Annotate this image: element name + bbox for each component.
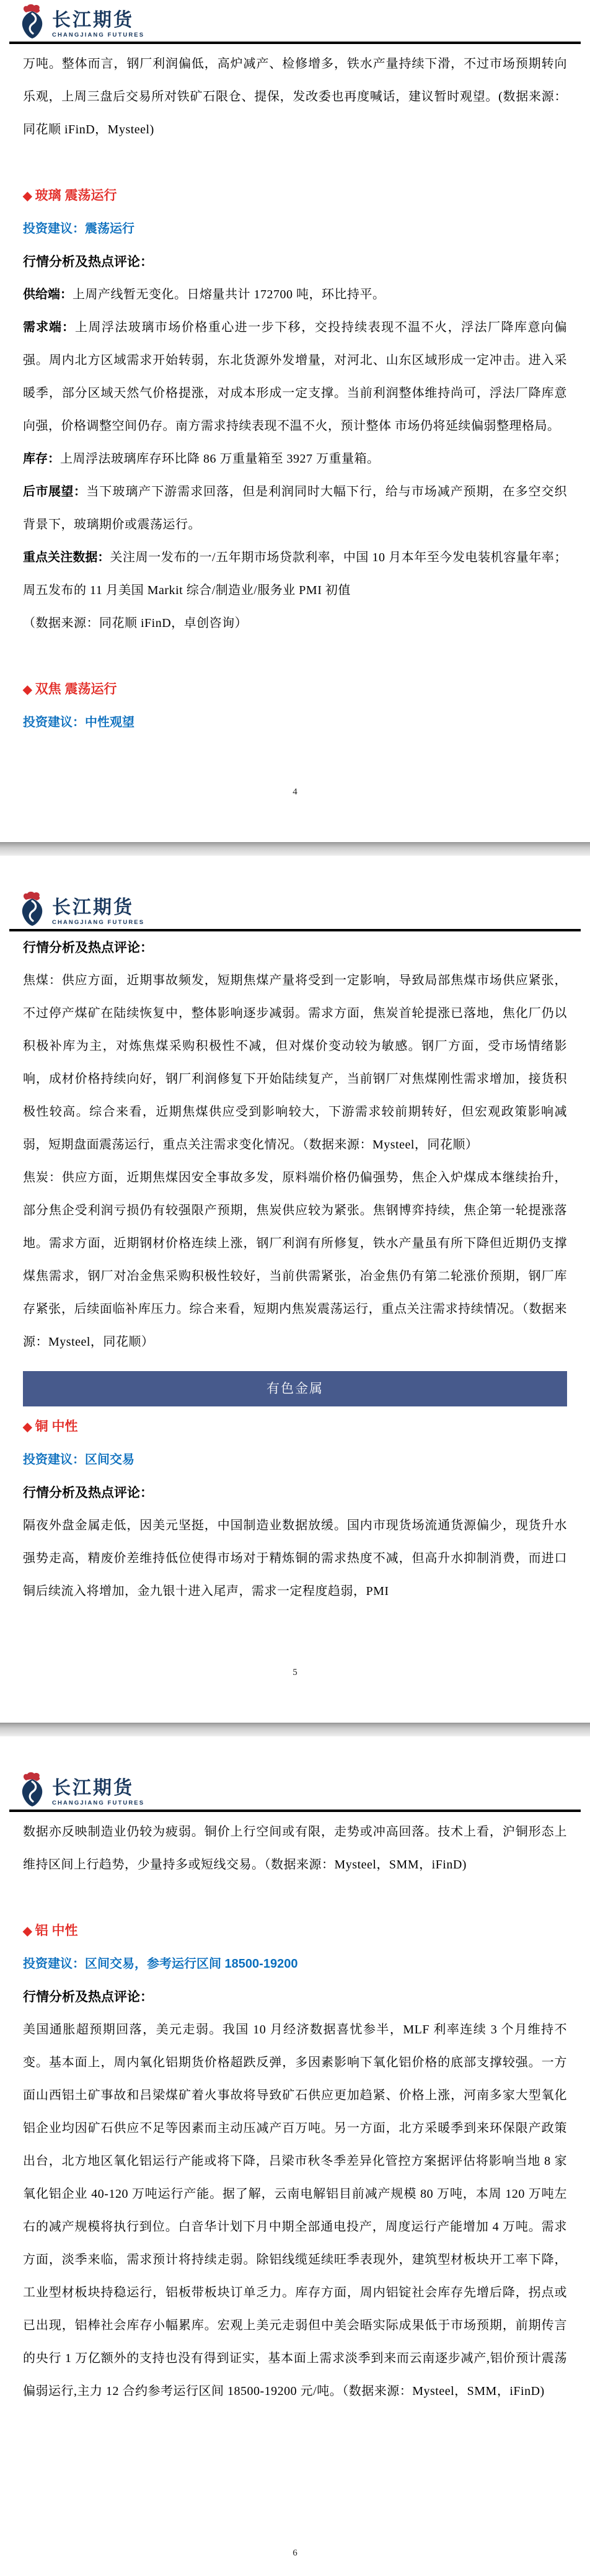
glass-focus-paragraph: 重点关注数据：关注周一发布的一/五年期市场贷款利率，中国 10 月本年至今发电装… [23,541,567,607]
aluminum-investment-advice: 投资建议：区间交易，参考运行区间 18500-19200 [23,1948,567,1981]
double-coke-section-heading: ◆双焦 震荡运行 [23,673,567,706]
glass-section-heading: ◆玻璃 震荡运行 [23,179,567,213]
brand-emblem-icon [18,4,46,40]
copper-analysis-heading: 行情分析及热点评论： [23,1477,567,1509]
aluminum-section-heading: ◆铝 中性 [23,1914,567,1948]
glass-heading-label: 玻璃 震荡运行 [35,189,117,203]
brand-logotype: 长江期货 CHANGJIANG FUTURES [52,11,144,40]
aluminum-analysis-heading: 行情分析及热点评论： [23,1981,567,2014]
copper-continued-paragraph: 数据亦反映制造业仍较为疲弱。铜价上行空间或有限，走势或冲高回落。技术上看，沪铜形… [23,1816,567,1881]
glass-investment-advice: 投资建议：震荡运行 [23,213,567,246]
diamond-bullet-icon: ◆ [23,1925,32,1938]
brand-logotype: 长江期货 CHANGJIANG FUTURES [52,1779,144,1808]
report-page-6: 长江期货 CHANGJIANG FUTURES 数据亦反映制造业仍较为疲弱。铜价… [0,1736,590,2576]
focus-label: 重点关注数据： [23,551,110,564]
glass-analysis-heading: 行情分析及热点评论： [23,246,567,278]
advice-value: 区间交易，参考运行区间 18500-19200 [85,1957,297,1971]
brand-name-en: CHANGJIANG FUTURES [52,1800,144,1806]
glass-supply-paragraph: 供给端：上周产线暂无变化。日熔量共计 172700 吨，环比持平。 [23,278,567,311]
inventory-label: 库存： [23,452,60,466]
aluminum-heading-label: 铝 中性 [35,1924,78,1938]
double-coke-heading-label: 双焦 震荡运行 [35,682,117,696]
coke-analysis-heading: 行情分析及热点评论： [23,931,567,964]
header-rule [9,42,581,44]
page-separator [0,1723,590,1736]
page-header: 长江期货 CHANGJIANG FUTURES [23,856,567,931]
glass-demand-paragraph: 需求端：上周浮法玻璃市场价格重心进一步下移，交投持续表现不温不火，浮法厂降库意向… [23,311,567,443]
page-number: 4 [0,787,590,797]
report-page-4: 长江期货 CHANGJIANG FUTURES 万吨。整体而言，钢厂利润偏低，高… [0,0,590,842]
coking-coal-paragraph: 焦煤：供应方面，近期事故频发，短期焦煤产量将受到一定影响，导致局部焦煤市场供应紧… [23,964,567,1161]
brand-logo: 长江期货 CHANGJIANG FUTURES [18,4,567,40]
advice-label: 投资建议： [23,222,85,236]
diamond-bullet-icon: ◆ [23,1421,32,1434]
advice-value: 区间交易 [85,1453,134,1467]
brand-emblem-icon [18,891,46,927]
copper-section-heading: ◆铜 中性 [23,1410,567,1444]
page-separator [0,842,590,856]
advice-value: 震荡运行 [85,222,134,236]
supply-label: 供给端： [23,288,73,301]
page-header: 长江期货 CHANGJIANG FUTURES [23,0,567,44]
demand-text: 上周浮法玻璃市场价格重心进一步下移，交投持续表现不温不火，浮法厂降库意向偏强。周… [23,321,567,433]
outlook-text: 当下玻璃产下游需求回落，但是利润同时大幅下行，给与市场减产预期，在多空交织背景下… [23,485,567,531]
brand-logo: 长江期货 CHANGJIANG FUTURES [18,1772,567,1808]
outlook-label: 后市展望： [23,485,86,499]
brand-name-cn: 长江期货 [52,1779,144,1798]
report-document: 长江期货 CHANGJIANG FUTURES 万吨。整体而言，钢厂利润偏低，高… [0,0,590,2576]
page-number: 6 [0,2548,590,2559]
diamond-bullet-icon: ◆ [23,683,32,696]
inventory-text: 上周浮法玻璃库存环比降 86 万重量箱至 3927 万重量箱。 [60,452,380,466]
supply-text: 上周产线暂无变化。日熔量共计 172700 吨，环比持平。 [73,288,385,301]
advice-label: 投资建议： [23,1453,85,1467]
brand-name-cn: 长江期货 [52,899,144,917]
double-coke-investment-advice: 投资建议：中性观望 [23,706,567,739]
brand-logo: 长江期货 CHANGJIANG FUTURES [18,891,567,927]
copper-investment-advice: 投资建议：区间交易 [23,1444,567,1477]
glass-outlook-paragraph: 后市展望：当下玻璃产下游需求回落，但是利润同时大幅下行，给与市场减产预期，在多空… [23,476,567,541]
header-rule [9,1810,581,1812]
report-page-5: 长江期货 CHANGJIANG FUTURES 行情分析及热点评论： 焦煤：供应… [0,856,590,1723]
brand-name-en: CHANGJIANG FUTURES [52,32,144,38]
brand-logotype: 长江期货 CHANGJIANG FUTURES [52,899,144,927]
steel-summary-continued-paragraph: 万吨。整体而言，钢厂利润偏低，高炉减产、检修增多，铁水产量持续下滑，不过市场预期… [23,48,567,146]
coke-paragraph: 焦炭：供应方面，近期焦煤因安全事故多发，原料端价格仍偏强势，焦企入炉煤成本继续抬… [23,1161,567,1359]
copper-heading-label: 铜 中性 [35,1419,78,1434]
nonferrous-metals-section-banner: 有色金属 [23,1371,567,1406]
advice-label: 投资建议： [23,716,85,729]
brand-emblem-icon [18,1772,46,1808]
glass-source-paragraph: （数据来源：同花顺 iFinD，卓创咨询） [23,607,567,640]
glass-inventory-paragraph: 库存：上周浮法玻璃库存环比降 86 万重量箱至 3927 万重量箱。 [23,443,567,476]
brand-name-en: CHANGJIANG FUTURES [52,919,144,926]
aluminum-body-paragraph: 美国通胀超预期回落，美元走弱。我国 10 月经济数据喜忧参半，MLF 利率连续 … [23,2014,567,2408]
diamond-bullet-icon: ◆ [23,190,32,203]
copper-body-paragraph: 隔夜外盘金属走低，因美元坚挺，中国制造业数据放缓。国内市现货场流通货源偏少，现货… [23,1509,567,1608]
page-header: 长江期货 CHANGJIANG FUTURES [23,1736,567,1812]
advice-label: 投资建议： [23,1957,85,1971]
page-number: 5 [0,1668,590,1678]
brand-name-cn: 长江期货 [52,11,144,30]
demand-label: 需求端： [23,321,75,334]
advice-value: 中性观望 [85,716,134,729]
